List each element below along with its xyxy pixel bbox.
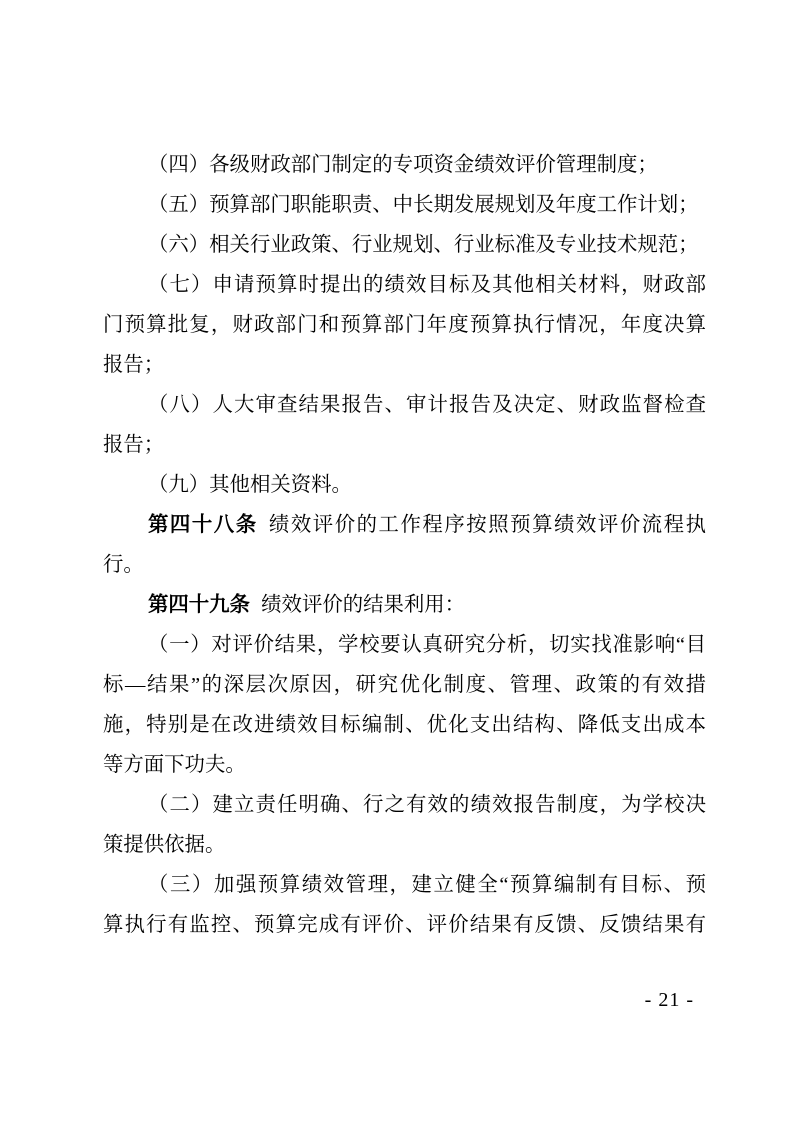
article-number: 第四十八条	[148, 514, 258, 536]
text-line: 门预算批复，财政部门和预算部门年度预算执行情况，年度决算	[103, 305, 706, 345]
text-line: （一）对评价结果，学校要认真研究分析，切实找准影响“目	[103, 625, 706, 665]
text-line: （九）其他相关资料。	[103, 465, 706, 505]
paragraph-item-4: （四）各级财政部门制定的专项资金绩效评价管理制度；	[103, 145, 706, 185]
document-page: （四）各级财政部门制定的专项资金绩效评价管理制度； （五）预算部门职能职责、中长…	[0, 0, 794, 1123]
text-line: （七）申请预算时提出的绩效目标及其他相关材料，财政部	[103, 265, 706, 305]
paragraph-item-2: （二）建立责任明确、行之有效的绩效报告制度，为学校决 策提供依据。	[103, 785, 706, 865]
paragraph-item-8: （八）人大审查结果报告、审计报告及决定、财政监督检查 报告；	[103, 385, 706, 465]
article-text: 绩效评价的工作程序按照预算绩效评价流程执	[269, 514, 706, 536]
paragraph-article-48: 第四十八条绩效评价的工作程序按照预算绩效评价流程执 行。	[103, 505, 706, 585]
paragraph-item-1: （一）对评价结果，学校要认真研究分析，切实找准影响“目 标—结果”的深层次原因，…	[103, 625, 706, 785]
text-line: 行。	[103, 545, 706, 585]
paragraph-article-49: 第四十九条绩效评价的结果利用：	[103, 585, 706, 625]
text-line: （六）相关行业政策、行业规划、行业标准及专业技术规范；	[103, 225, 706, 265]
paragraph-item-3: （三）加强预算绩效管理，建立健全“预算编制有目标、预 算执行有监控、预算完成有评…	[103, 865, 706, 945]
text-line: （五）预算部门职能职责、中长期发展规划及年度工作计划；	[103, 185, 706, 225]
text-line: 算执行有监控、预算完成有评价、评价结果有反馈、反馈结果有	[103, 905, 706, 945]
document-body: （四）各级财政部门制定的专项资金绩效评价管理制度； （五）预算部门职能职责、中长…	[103, 145, 706, 945]
text-line: 施，特别是在改进绩效目标编制、优化支出结构、降低支出成本	[103, 705, 706, 745]
text-line: 报告；	[103, 425, 706, 465]
text-line: （三）加强预算绩效管理，建立健全“预算编制有目标、预	[103, 865, 706, 905]
text-line: 第四十九条绩效评价的结果利用：	[103, 585, 706, 625]
text-line: 第四十八条绩效评价的工作程序按照预算绩效评价流程执	[103, 505, 706, 545]
paragraph-item-9: （九）其他相关资料。	[103, 465, 706, 505]
text-line: （八）人大审查结果报告、审计报告及决定、财政监督检查	[103, 385, 706, 425]
article-number: 第四十九条	[148, 594, 250, 616]
article-text: 绩效评价的结果利用：	[261, 594, 465, 616]
text-line: 标—结果”的深层次原因，研究优化制度、管理、政策的有效措	[103, 665, 706, 705]
paragraph-item-6: （六）相关行业政策、行业规划、行业标准及专业技术规范；	[103, 225, 706, 265]
paragraph-item-7: （七）申请预算时提出的绩效目标及其他相关材料，财政部 门预算批复，财政部门和预算…	[103, 265, 706, 385]
text-line: （二）建立责任明确、行之有效的绩效报告制度，为学校决	[103, 785, 706, 825]
page-number: - 21 -	[645, 988, 694, 1012]
text-line: （四）各级财政部门制定的专项资金绩效评价管理制度；	[103, 145, 706, 185]
paragraph-item-5: （五）预算部门职能职责、中长期发展规划及年度工作计划；	[103, 185, 706, 225]
text-line: 报告；	[103, 345, 706, 385]
text-line: 等方面下功夫。	[103, 745, 706, 785]
text-line: 策提供依据。	[103, 825, 706, 865]
